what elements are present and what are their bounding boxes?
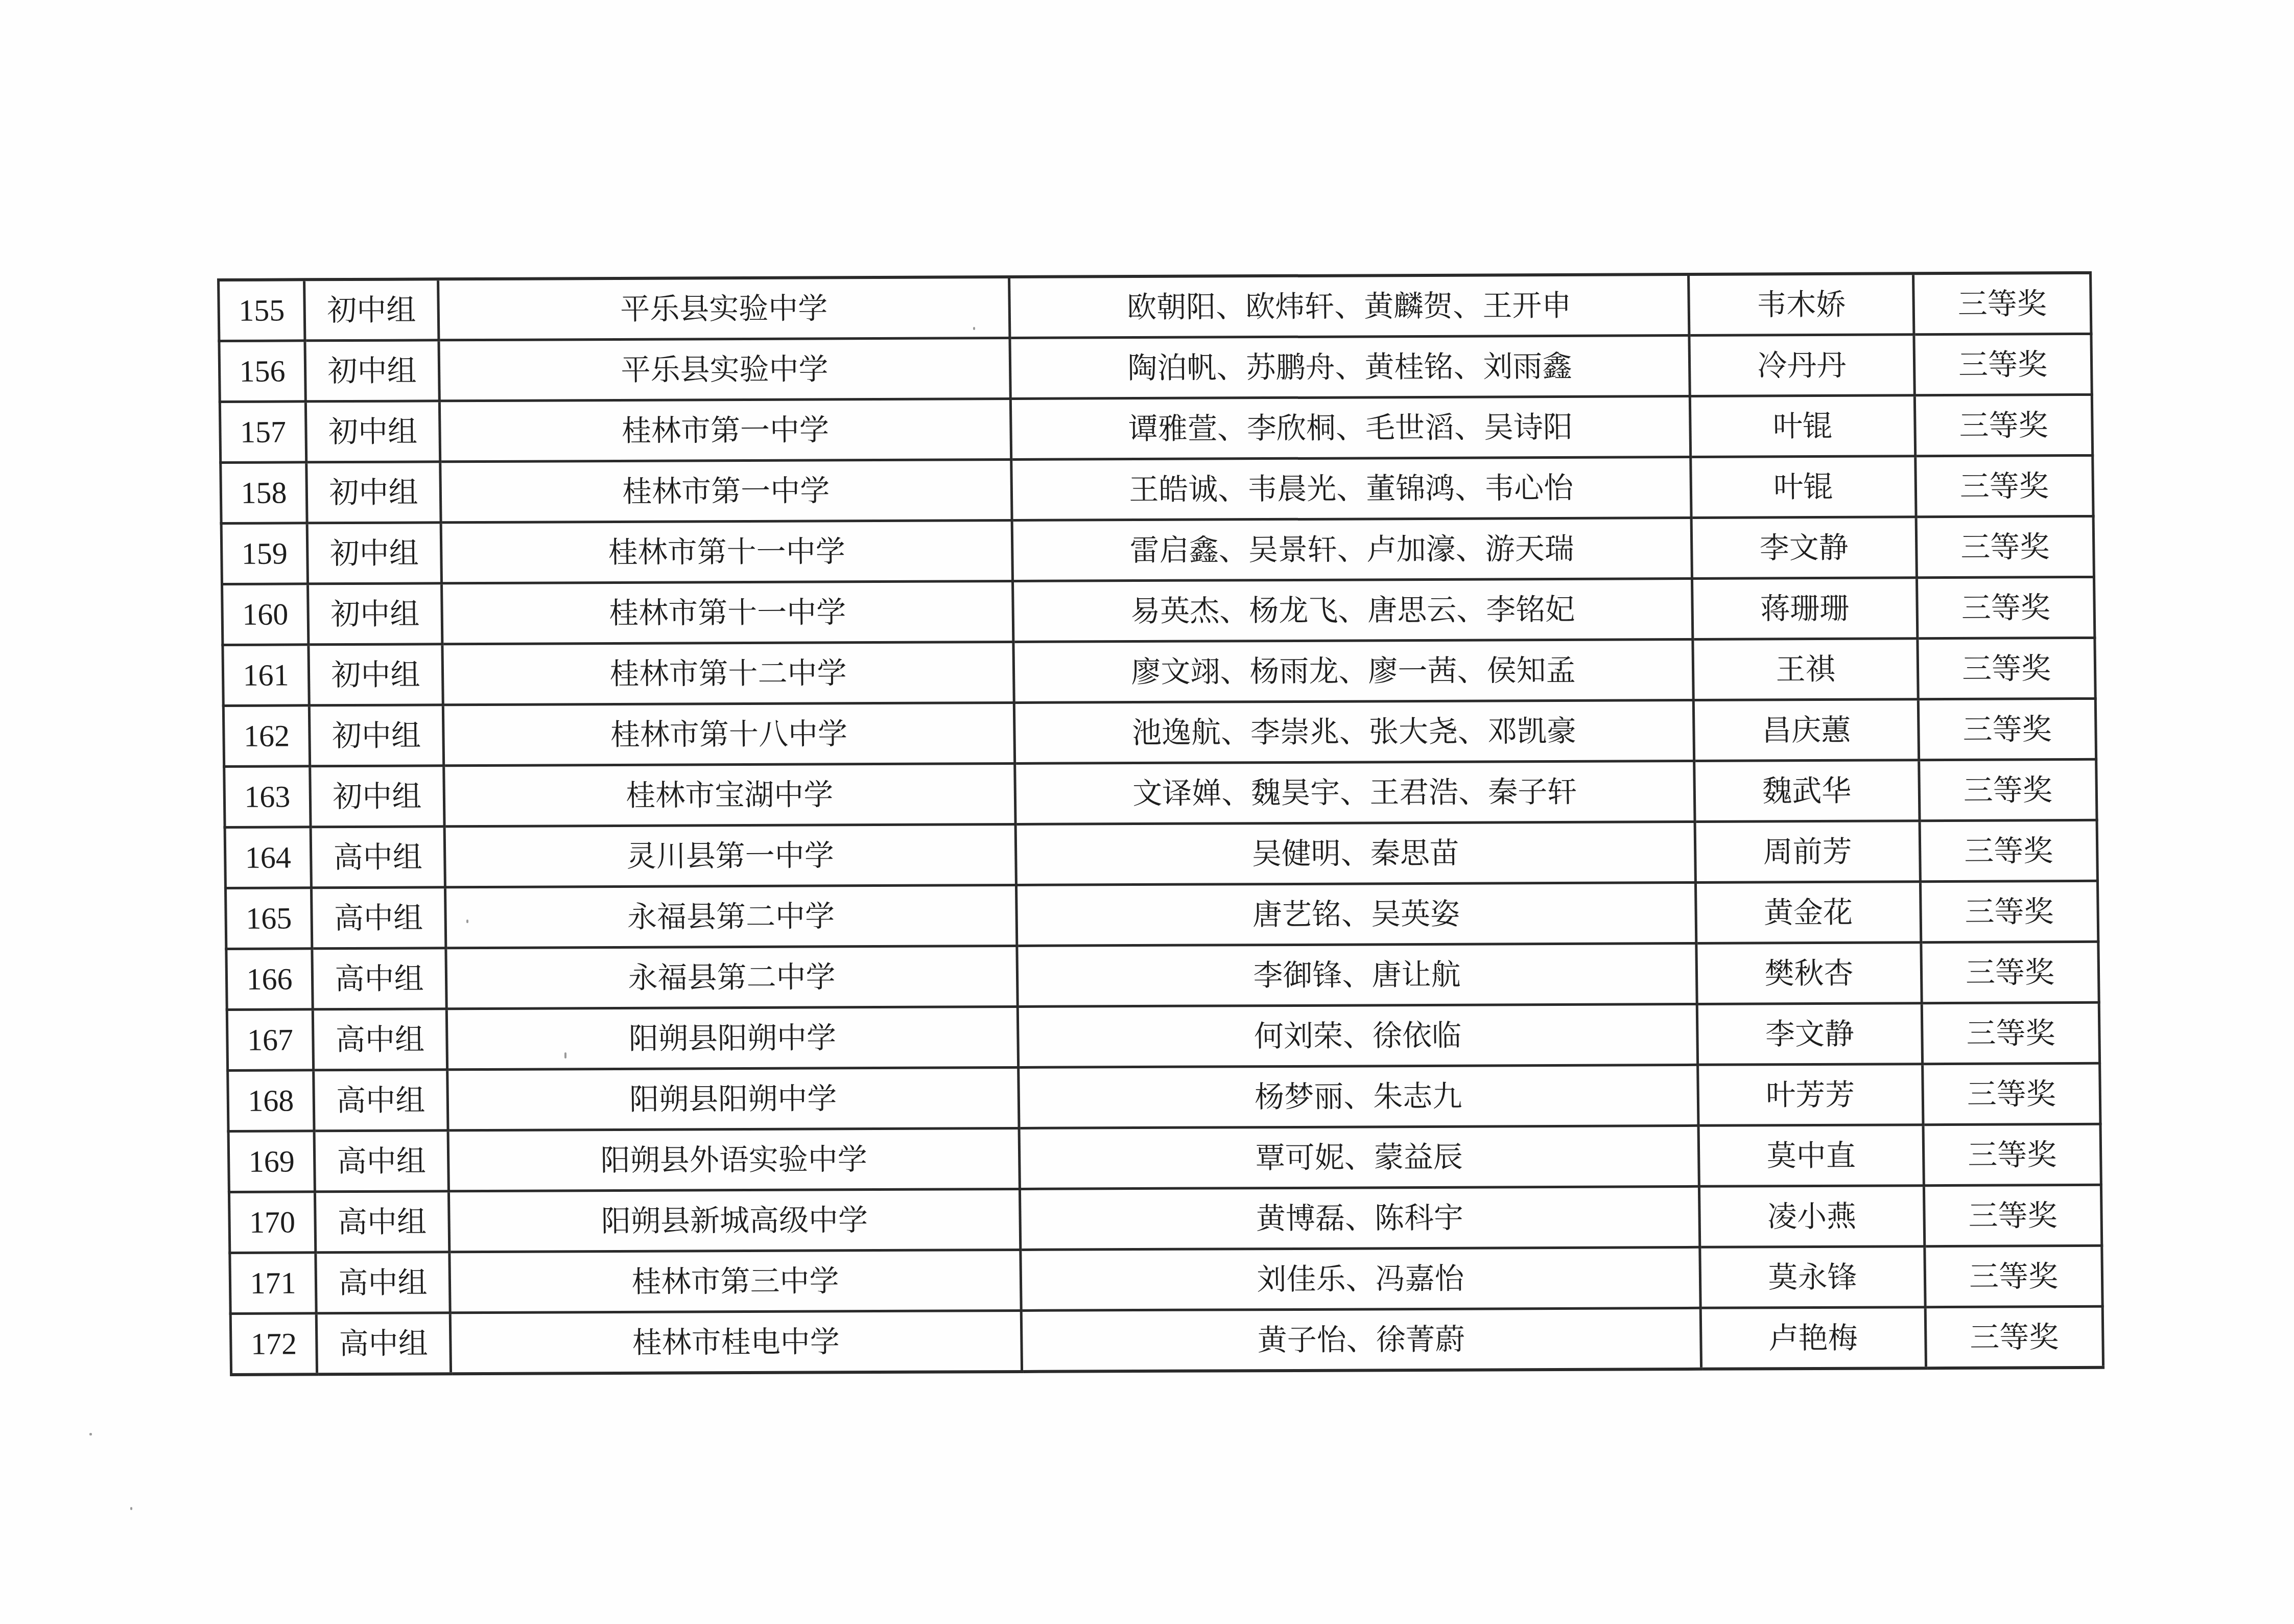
- award-cell: 三等奖: [1921, 942, 2099, 1003]
- table-row: 162 初中组 桂林市第十八中学 池逸航、李崇兆、张大尧、邓凯豪 昌庆蕙 三等奖: [223, 698, 2096, 766]
- row-number: 172: [230, 1313, 317, 1375]
- award-cell: 三等奖: [1920, 820, 2097, 881]
- row-number: 164: [225, 827, 311, 888]
- row-number: 160: [222, 584, 308, 645]
- scanned-page: 155 初中组 平乐县实验中学 欧朝阳、欧炜轩、黄麟贺、王开申 韦木娇 三等奖 …: [0, 0, 2294, 1624]
- scan-speck: [89, 1433, 92, 1435]
- teacher-cell: 昌庆蕙: [1693, 699, 1919, 761]
- group-cell: 初中组: [305, 340, 439, 402]
- group-cell: 高中组: [314, 1070, 448, 1131]
- table-row: 160 初中组 桂林市第十一中学 易英杰、杨龙飞、唐思云、李铭妃 蒋珊珊 三等奖: [222, 577, 2094, 645]
- teacher-cell: 叶锟: [1691, 456, 1916, 518]
- row-number: 159: [221, 523, 308, 584]
- school-cell: 平乐县实验中学: [438, 277, 1010, 340]
- group-cell: 高中组: [315, 1191, 449, 1253]
- teacher-cell: 卢艳梅: [1700, 1307, 1926, 1369]
- students-cell: 易英杰、杨龙飞、唐思云、李铭妃: [1012, 578, 1692, 642]
- table-row: 165 高中组 永福县第二中学 唐艺铭、吴英姿 黄金花 三等奖: [225, 881, 2098, 949]
- row-number: 161: [223, 645, 309, 706]
- school-cell: 平乐县实验中学: [439, 338, 1010, 401]
- award-cell: 三等奖: [1924, 1185, 2101, 1246]
- group-cell: 初中组: [310, 766, 444, 827]
- teacher-cell: 叶锟: [1690, 395, 1915, 457]
- award-cell: 三等奖: [1915, 455, 2093, 516]
- teacher-cell: 周前芳: [1695, 821, 1920, 883]
- table-row: 168 高中组 阳朔县阳朔中学 杨梦丽、朱志九 叶芳芳 三等奖: [228, 1063, 2100, 1131]
- award-cell: 三等奖: [1922, 1002, 2099, 1064]
- school-cell: 灵川县第一中学: [444, 825, 1016, 887]
- teacher-cell: 黄金花: [1695, 882, 1921, 944]
- students-cell: 覃可妮、蒙益辰: [1019, 1125, 1699, 1189]
- row-number: 170: [229, 1192, 315, 1253]
- table-row: 166 高中组 永福县第二中学 李御锋、唐让航 樊秋杏 三等奖: [226, 942, 2099, 1009]
- table-row: 159 初中组 桂林市第十一中学 雷启鑫、吴景轩、卢加濠、游天瑞 李文静 三等奖: [221, 516, 2094, 584]
- teacher-cell: 韦木娇: [1689, 273, 1914, 335]
- award-cell: 三等奖: [1913, 273, 2091, 335]
- scan-speck: [973, 327, 975, 330]
- group-cell: 高中组: [313, 1009, 447, 1070]
- school-cell: 桂林市第十二中学: [442, 642, 1014, 705]
- students-cell: 杨梦丽、朱志九: [1019, 1065, 1698, 1128]
- award-cell: 三等奖: [1920, 881, 2098, 942]
- award-cell: 三等奖: [1919, 759, 2097, 820]
- award-cell: 三等奖: [1914, 394, 2092, 456]
- group-cell: 初中组: [307, 523, 441, 584]
- group-cell: 高中组: [311, 887, 445, 949]
- scan-speck: [564, 1052, 566, 1058]
- row-number: 165: [225, 888, 312, 949]
- teacher-cell: 莫永锋: [1700, 1246, 1925, 1308]
- school-cell: 永福县第二中学: [445, 885, 1016, 948]
- school-cell: 桂林市宝湖中学: [444, 764, 1015, 827]
- award-cell: 三等奖: [1918, 638, 2095, 699]
- students-cell: 廖文翊、杨雨龙、廖一茜、侯知孟: [1013, 639, 1693, 702]
- school-cell: 桂林市第十八中学: [443, 703, 1014, 766]
- row-number: 171: [230, 1253, 316, 1314]
- school-cell: 桂林市第一中学: [439, 399, 1011, 462]
- scan-speck: [130, 1507, 132, 1510]
- row-number: 162: [223, 705, 310, 767]
- group-cell: 高中组: [311, 827, 445, 888]
- school-cell: 桂林市第一中学: [440, 460, 1012, 523]
- school-cell: 阳朔县新城高级中学: [448, 1189, 1020, 1252]
- teacher-cell: 莫中直: [1698, 1125, 1924, 1187]
- award-cell: 三等奖: [1914, 334, 2092, 395]
- row-number: 163: [224, 766, 311, 828]
- teacher-cell: 魏武华: [1694, 760, 1920, 822]
- row-number: 155: [219, 279, 305, 341]
- students-cell: 文译婵、魏昊宇、王君浩、秦子轩: [1015, 761, 1695, 824]
- teacher-cell: 樊秋杏: [1696, 943, 1922, 1004]
- students-cell: 欧朝阳、欧炜轩、黄麟贺、王开申: [1009, 274, 1689, 338]
- teacher-cell: 李文静: [1691, 517, 1917, 579]
- table-row: 167 高中组 阳朔县阳朔中学 何刘荣、徐依临 李文静 三等奖: [227, 1002, 2099, 1070]
- group-cell: 初中组: [305, 401, 440, 462]
- school-cell: 桂林市桂电中学: [450, 1310, 1022, 1374]
- school-cell: 永福县第二中学: [446, 946, 1018, 1008]
- group-cell: 初中组: [304, 279, 439, 341]
- school-cell: 桂林市第三中学: [450, 1250, 1021, 1312]
- school-cell: 阳朔县阳朔中学: [447, 1067, 1019, 1130]
- group-cell: 初中组: [308, 583, 442, 645]
- award-cell: 三等奖: [1925, 1245, 2102, 1307]
- award-table-container: 155 初中组 平乐县实验中学 欧朝阳、欧炜轩、黄麟贺、王开申 韦木娇 三等奖 …: [217, 271, 2102, 1376]
- award-cell: 三等奖: [1925, 1306, 2103, 1368]
- group-cell: 初中组: [309, 705, 443, 766]
- group-cell: 高中组: [314, 1131, 448, 1192]
- school-cell: 桂林市第十一中学: [441, 581, 1013, 644]
- students-cell: 黄子怡、徐菁蔚: [1021, 1308, 1701, 1372]
- row-number: 158: [221, 462, 307, 524]
- table-row: 171 高中组 桂林市第三中学 刘佳乐、冯嘉怡 莫永锋 三等奖: [230, 1245, 2102, 1313]
- teacher-cell: 王祺: [1693, 639, 1918, 700]
- row-number: 156: [219, 341, 305, 402]
- students-cell: 唐艺铭、吴英姿: [1016, 882, 1696, 946]
- award-cell: 三等奖: [1916, 516, 2094, 577]
- group-cell: 高中组: [316, 1313, 451, 1375]
- award-cell: 三等奖: [1923, 1063, 2100, 1124]
- row-number: 168: [228, 1070, 314, 1132]
- table-row: 163 初中组 桂林市宝湖中学 文译婵、魏昊宇、王君浩、秦子轩 魏武华 三等奖: [224, 759, 2097, 827]
- row-number: 157: [220, 402, 306, 463]
- table-row: 157 初中组 桂林市第一中学 谭雅萱、李欣桐、毛世滔、吴诗阳 叶锟 三等奖: [220, 394, 2092, 462]
- students-cell: 王皓诚、韦晨光、董锦鸿、韦心怡: [1011, 457, 1691, 520]
- students-cell: 吴健明、秦思苗: [1015, 821, 1695, 885]
- teacher-cell: 蒋珊珊: [1692, 578, 1917, 640]
- table-row: 170 高中组 阳朔县新城高级中学 黄博磊、陈科宇 凌小燕 三等奖: [229, 1185, 2101, 1253]
- table-row: 158 初中组 桂林市第一中学 王皓诚、韦晨光、董锦鸿、韦心怡 叶锟 三等奖: [221, 455, 2093, 523]
- table-row: 155 初中组 平乐县实验中学 欧朝阳、欧炜轩、黄麟贺、王开申 韦木娇 三等奖: [219, 273, 2091, 341]
- group-cell: 初中组: [309, 644, 443, 705]
- students-cell: 刘佳乐、冯嘉怡: [1021, 1247, 1700, 1310]
- award-cell: 三等奖: [1923, 1124, 2101, 1185]
- teacher-cell: 李文静: [1697, 1003, 1922, 1065]
- teacher-cell: 叶芳芳: [1698, 1064, 1923, 1126]
- group-cell: 高中组: [312, 948, 446, 1009]
- award-cell: 三等奖: [1917, 577, 2094, 638]
- students-cell: 雷启鑫、吴景轩、卢加濠、游天瑞: [1012, 517, 1692, 581]
- table-row: 169 高中组 阳朔县外语实验中学 覃可妮、蒙益辰 莫中直 三等奖: [228, 1124, 2101, 1192]
- award-list-table: 155 初中组 平乐县实验中学 欧朝阳、欧炜轩、黄麟贺、王开申 韦木娇 三等奖 …: [217, 271, 2104, 1376]
- students-cell: 何刘荣、徐依临: [1018, 1004, 1697, 1067]
- school-cell: 阳朔县阳朔中学: [446, 1006, 1018, 1069]
- students-cell: 池逸航、李崇兆、张大尧、邓凯豪: [1014, 700, 1694, 763]
- group-cell: 初中组: [306, 462, 441, 523]
- students-cell: 陶泊帆、苏鹏舟、黄桂铭、刘雨鑫: [1010, 335, 1690, 398]
- students-cell: 李御锋、唐让航: [1017, 943, 1697, 1006]
- scan-speck: [466, 920, 468, 923]
- row-number: 166: [226, 949, 313, 1010]
- row-number: 169: [228, 1131, 315, 1192]
- table-body: 155 初中组 平乐县实验中学 欧朝阳、欧炜轩、黄麟贺、王开申 韦木娇 三等奖 …: [219, 273, 2103, 1375]
- row-number: 167: [227, 1009, 313, 1071]
- students-cell: 谭雅萱、李欣桐、毛世滔、吴诗阳: [1010, 396, 1690, 459]
- table-row: 164 高中组 灵川县第一中学 吴健明、秦思苗 周前芳 三等奖: [225, 820, 2097, 888]
- students-cell: 黄博磊、陈科宇: [1020, 1186, 1699, 1250]
- teacher-cell: 冷丹丹: [1689, 335, 1914, 396]
- group-cell: 高中组: [316, 1252, 450, 1313]
- award-cell: 三等奖: [1918, 698, 2096, 760]
- table-row: 172 高中组 桂林市桂电中学 黄子怡、徐菁蔚 卢艳梅 三等奖: [230, 1306, 2103, 1375]
- teacher-cell: 凌小燕: [1699, 1186, 1924, 1248]
- school-cell: 阳朔县外语实验中学: [448, 1128, 1020, 1191]
- school-cell: 桂林市第十一中学: [441, 521, 1012, 583]
- table-row: 161 初中组 桂林市第十二中学 廖文翊、杨雨龙、廖一茜、侯知孟 王祺 三等奖: [223, 638, 2095, 705]
- table-row: 156 初中组 平乐县实验中学 陶泊帆、苏鹏舟、黄桂铭、刘雨鑫 冷丹丹 三等奖: [219, 334, 2092, 402]
